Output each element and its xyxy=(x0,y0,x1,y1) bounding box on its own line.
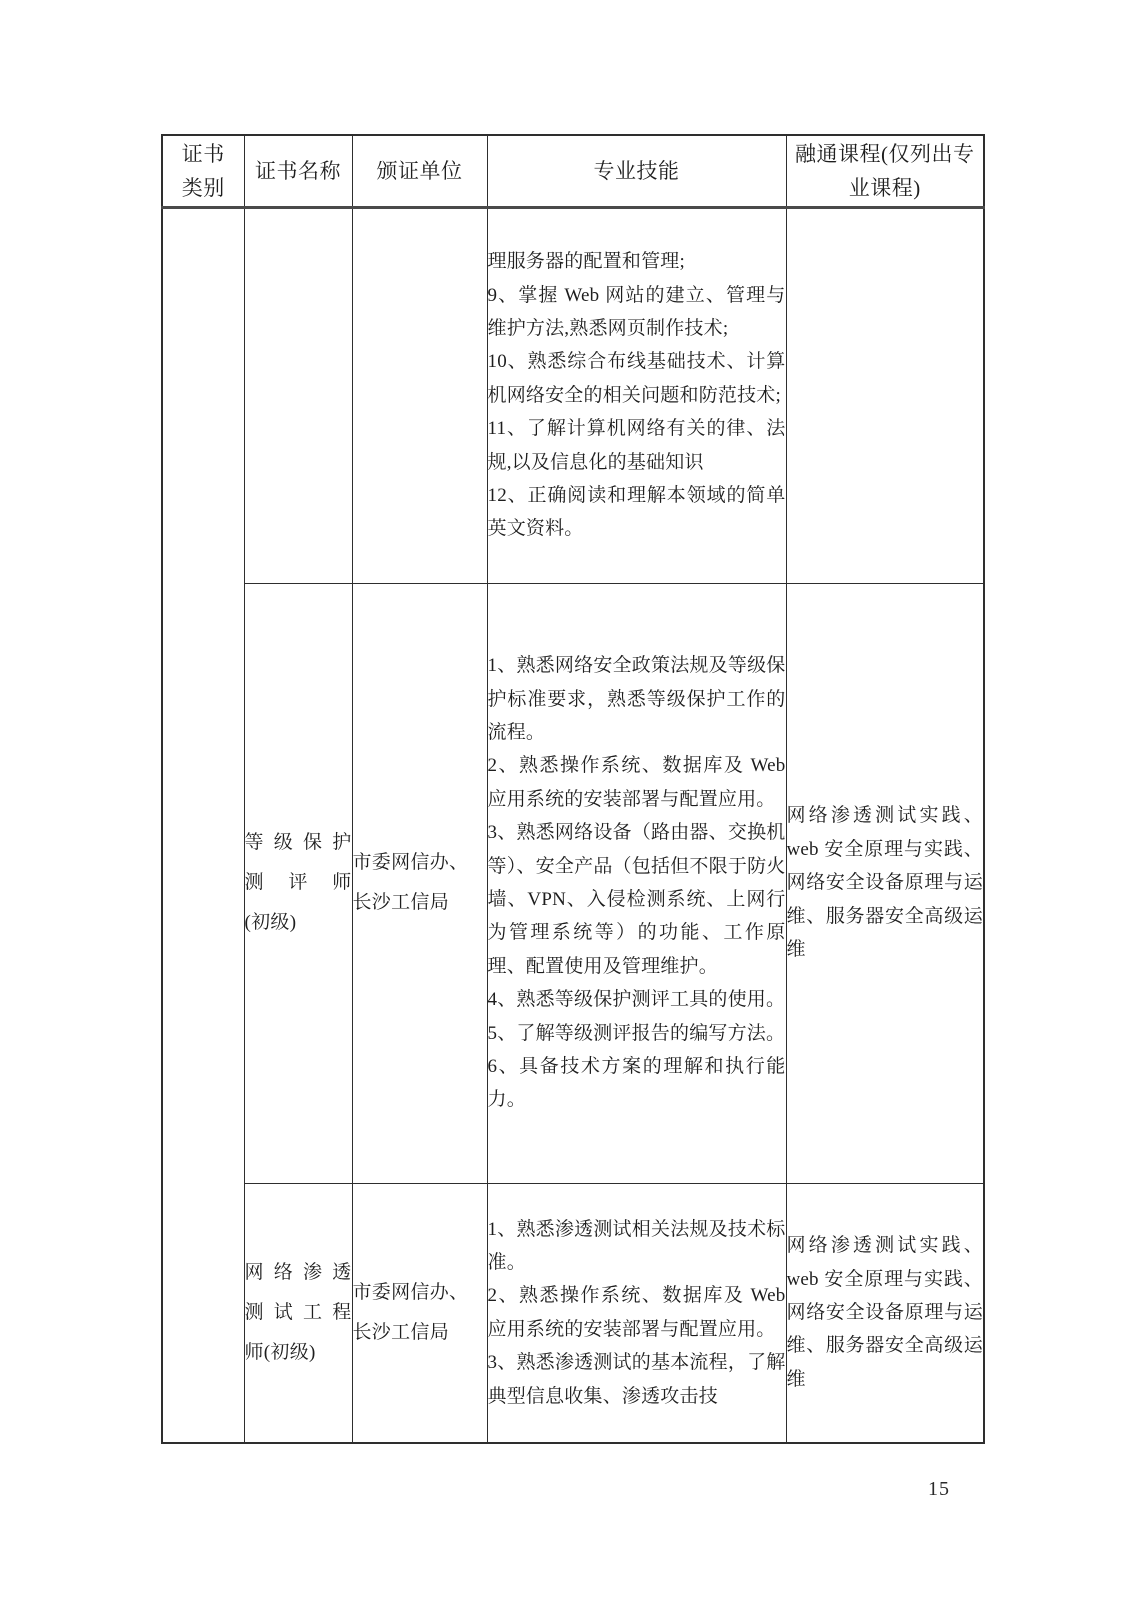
skill-item: 4、熟悉等级保护测评工具的使用。 xyxy=(488,983,786,1016)
name-line: 测评师 xyxy=(245,863,352,903)
header-integrated-courses: 融通课程(仅列出专业课程) xyxy=(786,135,984,207)
issuer-line: 长沙工信局 xyxy=(353,883,487,923)
skill-item: 3、熟悉渗透测试的基本流程，了解典型信息收集、渗透攻击技 xyxy=(488,1346,786,1413)
table-row-continuation: 理服务器的配置和管理; 9、掌握 Web 网站的建立、管理与维护方法,熟悉网页制… xyxy=(162,207,984,583)
certificate-table: 证书 类别 证书名称 颁证单位 专业技能 融通课程(仅列出专业课程) 理服务器的… xyxy=(161,134,985,1444)
cell-issuer-empty xyxy=(352,207,487,583)
skill-item: 3、熟悉网络设备（路由器、交换机等）、安全产品（包括但不限于防火墙、VPN、入侵… xyxy=(488,816,786,983)
skill-item: 理服务器的配置和管理; xyxy=(488,245,786,278)
skill-item: 2、熟悉操作系统、数据库及 Web 应用系统的安装部署与配置应用。 xyxy=(488,1279,786,1346)
skill-item: 2、熟悉操作系统、数据库及 Web 应用系统的安装部署与配置应用。 xyxy=(488,749,786,816)
skill-item: 1、熟悉网络安全政策法规及等级保护标准要求，熟悉等级保护工作的流程。 xyxy=(488,649,786,749)
cell-category-merged xyxy=(162,207,244,1443)
header-certificate-category: 证书 类别 xyxy=(162,135,244,207)
table-header-row: 证书 类别 证书名称 颁证单位 专业技能 融通课程(仅列出专业课程) xyxy=(162,135,984,207)
skill-item: 1、熟悉渗透测试相关法规及技术标准。 xyxy=(488,1213,786,1280)
name-line: 师(初级) xyxy=(245,1333,352,1373)
name-line: 网络渗透 xyxy=(245,1253,352,1293)
skill-item: 5、了解等级测评报告的编写方法。 xyxy=(488,1017,786,1050)
skill-item: 10、熟悉综合布线基础技术、计算机网络安全的相关问题和防范技术; xyxy=(488,345,786,412)
issuer-line: 长沙工信局 xyxy=(353,1313,487,1353)
cell-issuer: 市委网信办、 长沙工信局 xyxy=(352,1183,487,1443)
header-certificate-name: 证书名称 xyxy=(244,135,352,207)
courses-text: 网络渗透测试实践、web 安全原理与实践、网络安全设备原理与运维、服务器安全高级… xyxy=(787,1229,984,1396)
table-row-penetration-test-engineer: 网络渗透 测试工程 师(初级) 市委网信办、 长沙工信局 1、熟悉渗透测试相关法… xyxy=(162,1183,984,1443)
header-issuing-unit: 颁证单位 xyxy=(352,135,487,207)
cell-issuer: 市委网信办、 长沙工信局 xyxy=(352,583,487,1183)
cell-courses-empty xyxy=(786,207,984,583)
table-row-level-protection-assessor: 等级保护 测评师 (初级) 市委网信办、 长沙工信局 1、熟悉网络安全政策法规及… xyxy=(162,583,984,1183)
page-number: 15 xyxy=(928,1478,950,1501)
document-page: 证书 类别 证书名称 颁证单位 专业技能 融通课程(仅列出专业课程) 理服务器的… xyxy=(0,0,1131,1600)
cell-name-level-protection-assessor: 等级保护 测评师 (初级) xyxy=(244,583,352,1183)
issuer-line: 市委网信办、 xyxy=(353,843,487,883)
skill-item: 12、正确阅读和理解本领域的简单英文资料。 xyxy=(488,479,786,546)
cell-skills: 1、熟悉网络安全政策法规及等级保护标准要求，熟悉等级保护工作的流程。 2、熟悉操… xyxy=(487,583,786,1183)
name-line: (初级) xyxy=(245,903,352,943)
cell-skills: 1、熟悉渗透测试相关法规及技术标准。 2、熟悉操作系统、数据库及 Web 应用系… xyxy=(487,1183,786,1443)
cell-courses: 网络渗透测试实践、web 安全原理与实践、网络安全设备原理与运维、服务器安全高级… xyxy=(786,583,984,1183)
issuer-line: 市委网信办、 xyxy=(353,1273,487,1313)
cell-skills-continuation: 理服务器的配置和管理; 9、掌握 Web 网站的建立、管理与维护方法,熟悉网页制… xyxy=(487,207,786,583)
cell-name-empty xyxy=(244,207,352,583)
skill-item: 11、了解计算机网络有关的律、法规,以及信息化的基础知识 xyxy=(488,412,786,479)
cell-courses: 网络渗透测试实践、web 安全原理与实践、网络安全设备原理与运维、服务器安全高级… xyxy=(786,1183,984,1443)
skill-item: 6、具备技术方案的理解和执行能力。 xyxy=(488,1050,786,1117)
header-professional-skills: 专业技能 xyxy=(487,135,786,207)
courses-text: 网络渗透测试实践、web 安全原理与实践、网络安全设备原理与运维、服务器安全高级… xyxy=(787,799,984,966)
cell-name-penetration-test-engineer: 网络渗透 测试工程 师(初级) xyxy=(244,1183,352,1443)
skill-item: 9、掌握 Web 网站的建立、管理与维护方法,熟悉网页制作技术; xyxy=(488,279,786,346)
name-line: 等级保护 xyxy=(245,823,352,863)
name-line: 测试工程 xyxy=(245,1293,352,1333)
